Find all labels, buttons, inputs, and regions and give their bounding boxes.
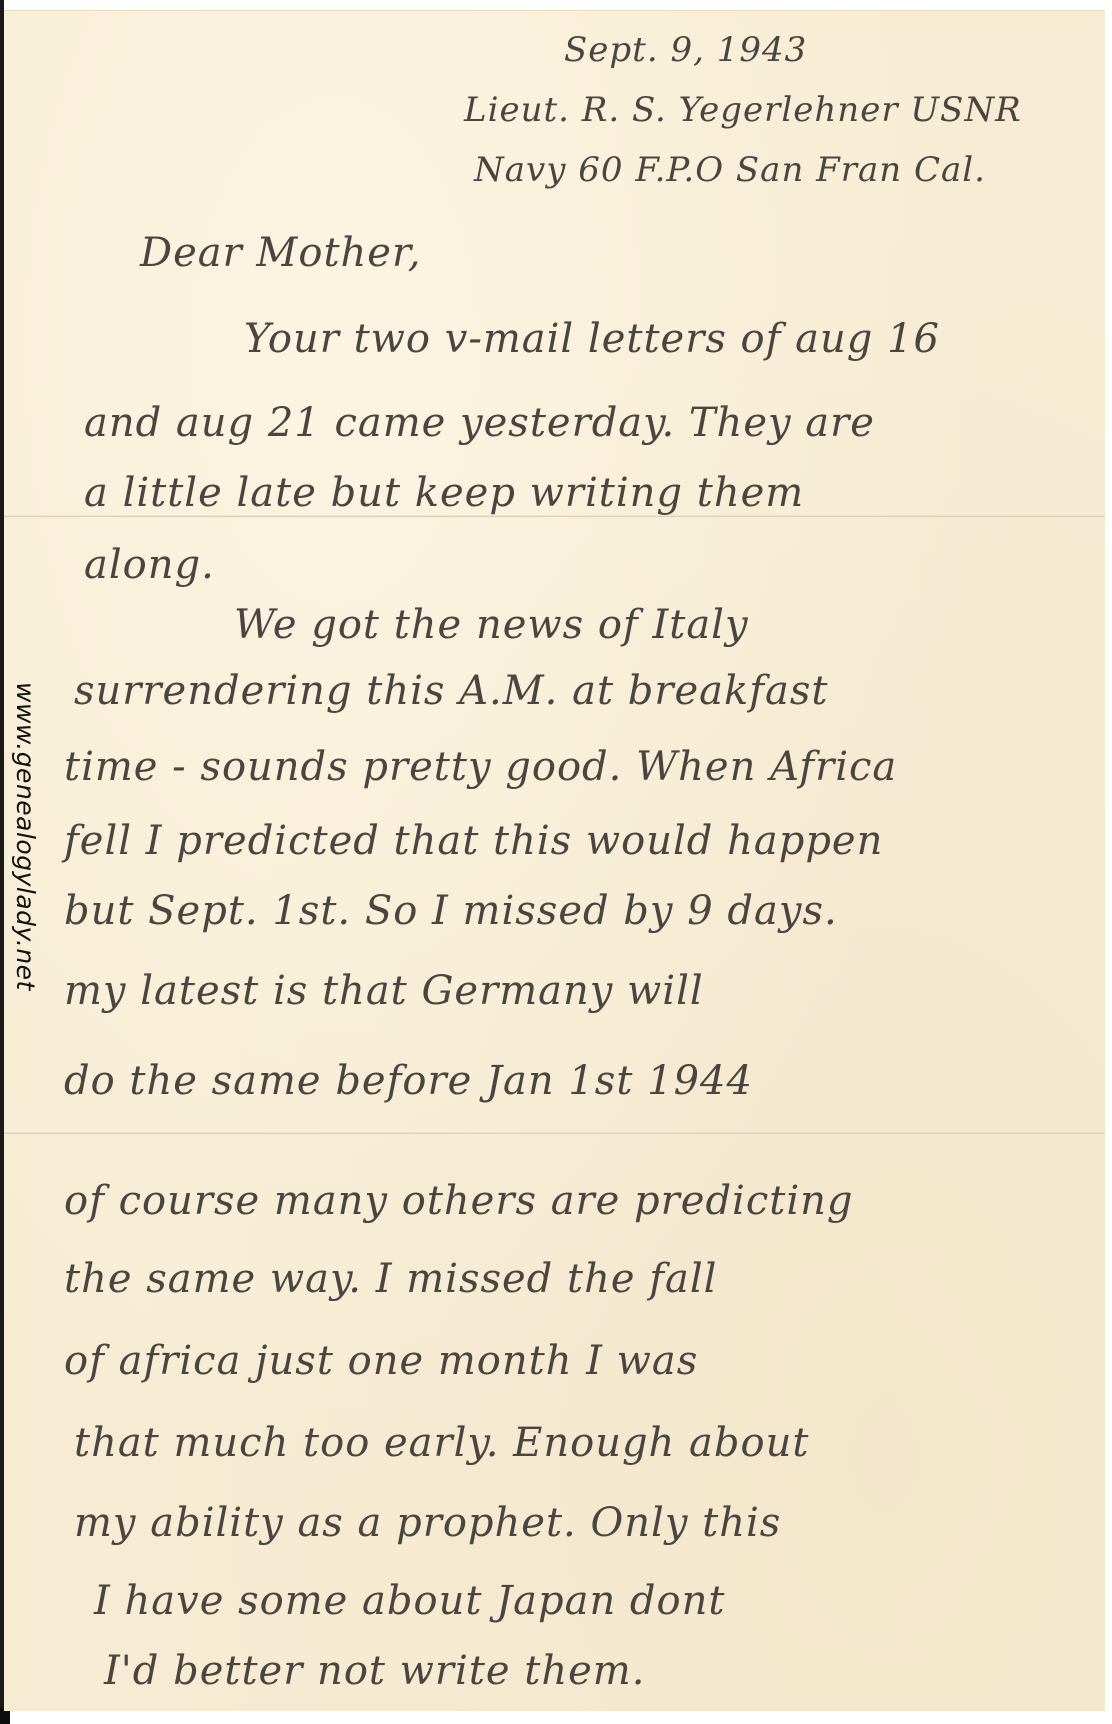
letter-paper: Sept. 9, 1943 Lieut. R. S. Yegerlehner U… xyxy=(4,10,1105,1711)
letter-salutation: Dear Mother, xyxy=(140,233,421,273)
letter-line: my ability as a prophet. Only this xyxy=(74,1503,781,1543)
fold-line-lower xyxy=(4,1132,1105,1135)
letter-line: but Sept. 1st. So I missed by 9 days. xyxy=(64,891,838,931)
letter-line: and aug 21 came yesterday. They are xyxy=(84,403,875,443)
letter-line: time - sounds pretty good. When Africa xyxy=(64,747,897,787)
letter-line: We got the news of Italy xyxy=(234,605,749,645)
letter-line: that much too early. Enough about xyxy=(74,1423,809,1463)
letter-line: Your two v-mail letters of aug 16 xyxy=(244,319,940,359)
letter-line: my latest is that Germany will xyxy=(64,971,704,1011)
letter-sender: Lieut. R. S. Yegerlehner USNR xyxy=(464,93,1022,127)
watermark-url: www.genealogylady.net xyxy=(10,682,40,1042)
letter-address: Navy 60 F.P.O San Fran Cal. xyxy=(474,153,986,187)
scanned-letter: Sept. 9, 1943 Lieut. R. S. Yegerlehner U… xyxy=(0,0,1112,1724)
letter-line: a little late but keep writing them xyxy=(84,473,804,513)
letter-line: of africa just one month I was xyxy=(64,1341,698,1381)
letter-line: fell I predicted that this would happen xyxy=(64,821,883,861)
letter-line: I have some about Japan dont xyxy=(94,1581,725,1621)
letter-date: Sept. 9, 1943 xyxy=(564,33,807,67)
letter-line: the same way. I missed the fall xyxy=(64,1259,717,1299)
letter-line: of course many others are predicting xyxy=(64,1181,853,1221)
letter-line: do the same before Jan 1st 1944 xyxy=(64,1061,753,1101)
letter-line: along. xyxy=(84,545,215,585)
letter-line: I'd better not write them. xyxy=(104,1651,645,1691)
letter-line: surrendering this A.M. at breakfast xyxy=(74,671,828,711)
